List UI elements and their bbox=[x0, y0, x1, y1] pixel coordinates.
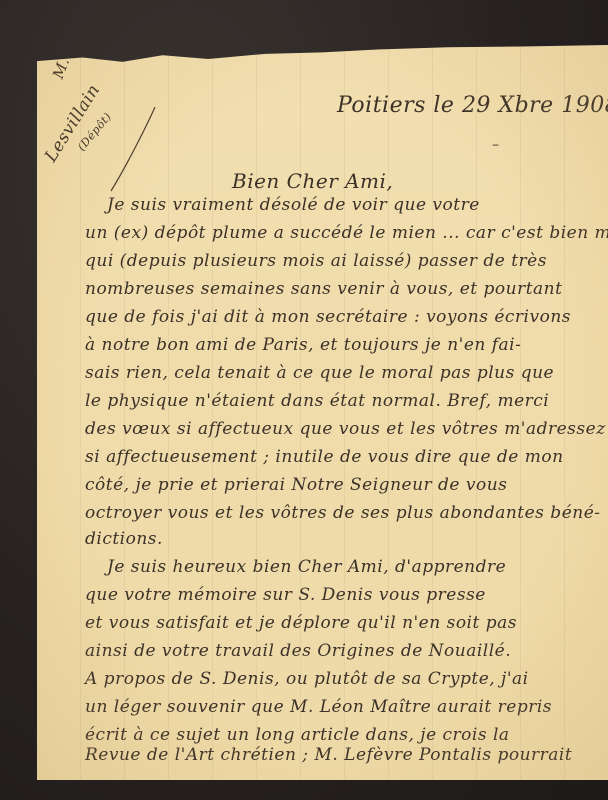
letter-line: côté, je prie et prierai Notre Seigneur … bbox=[85, 475, 507, 495]
letter-line: le physique n'étaient dans état normal. … bbox=[85, 391, 549, 411]
letter-line: un léger souvenir que M. Léon Maître aur… bbox=[85, 697, 552, 717]
letter-line: écrit à ce sujet un long article dans, j… bbox=[85, 725, 510, 745]
letter-line: Revue de l'Art chrétien ; M. Lefèvre Pon… bbox=[85, 745, 572, 765]
salutation: Bien Cher Ami, bbox=[232, 169, 393, 193]
margin-slash-icon bbox=[107, 105, 157, 195]
letter-line: et vous satisfait et je déplore qu'il n'… bbox=[85, 613, 517, 633]
letter-line: Je suis vraiment désolé de voir que votr… bbox=[107, 195, 480, 215]
letter-line: si affectueusement ; inutile de vous dir… bbox=[85, 447, 564, 467]
letter-line: à notre bon ami de Paris, et toujours je… bbox=[85, 335, 521, 355]
margin-note-depot: (Dépôt) bbox=[75, 110, 114, 153]
letter-line: A propos de S. Denis, ou plutôt de sa Cr… bbox=[85, 669, 529, 689]
letter-line: octroyer vous et les vôtres de ses plus … bbox=[85, 503, 601, 523]
letter-line: un (ex) dépôt plume a succédé le mien ..… bbox=[85, 223, 608, 243]
letter-line: sais rien, cela tenait à ce que le moral… bbox=[85, 363, 554, 383]
letter-line: que votre mémoire sur S. Denis vous pres… bbox=[85, 585, 486, 605]
date-line: Poitiers le 29 Xbre 1908 bbox=[337, 93, 608, 118]
letter-line: qui (depuis plusieurs mois ai laissé) pa… bbox=[85, 251, 547, 271]
letter-line: ainsi de votre travail des Origines de N… bbox=[85, 641, 511, 661]
margin-note-name: Lesvillain bbox=[41, 81, 104, 166]
letter-line: que de fois j'ai dit à mon secrétaire : … bbox=[85, 307, 571, 327]
date-dash: – bbox=[492, 137, 500, 153]
letter-page: M. Lesvillain (Dépôt) Poitiers le 29 Xbr… bbox=[37, 45, 608, 780]
letter-line: nombreuses semaines sans venir à vous, e… bbox=[85, 279, 562, 299]
letter-line: des vœux si affectueux que vous et les v… bbox=[85, 419, 606, 439]
letter-line: dictions. bbox=[85, 529, 163, 549]
letter-line: Je suis heureux bien Cher Ami, d'apprend… bbox=[107, 557, 506, 577]
